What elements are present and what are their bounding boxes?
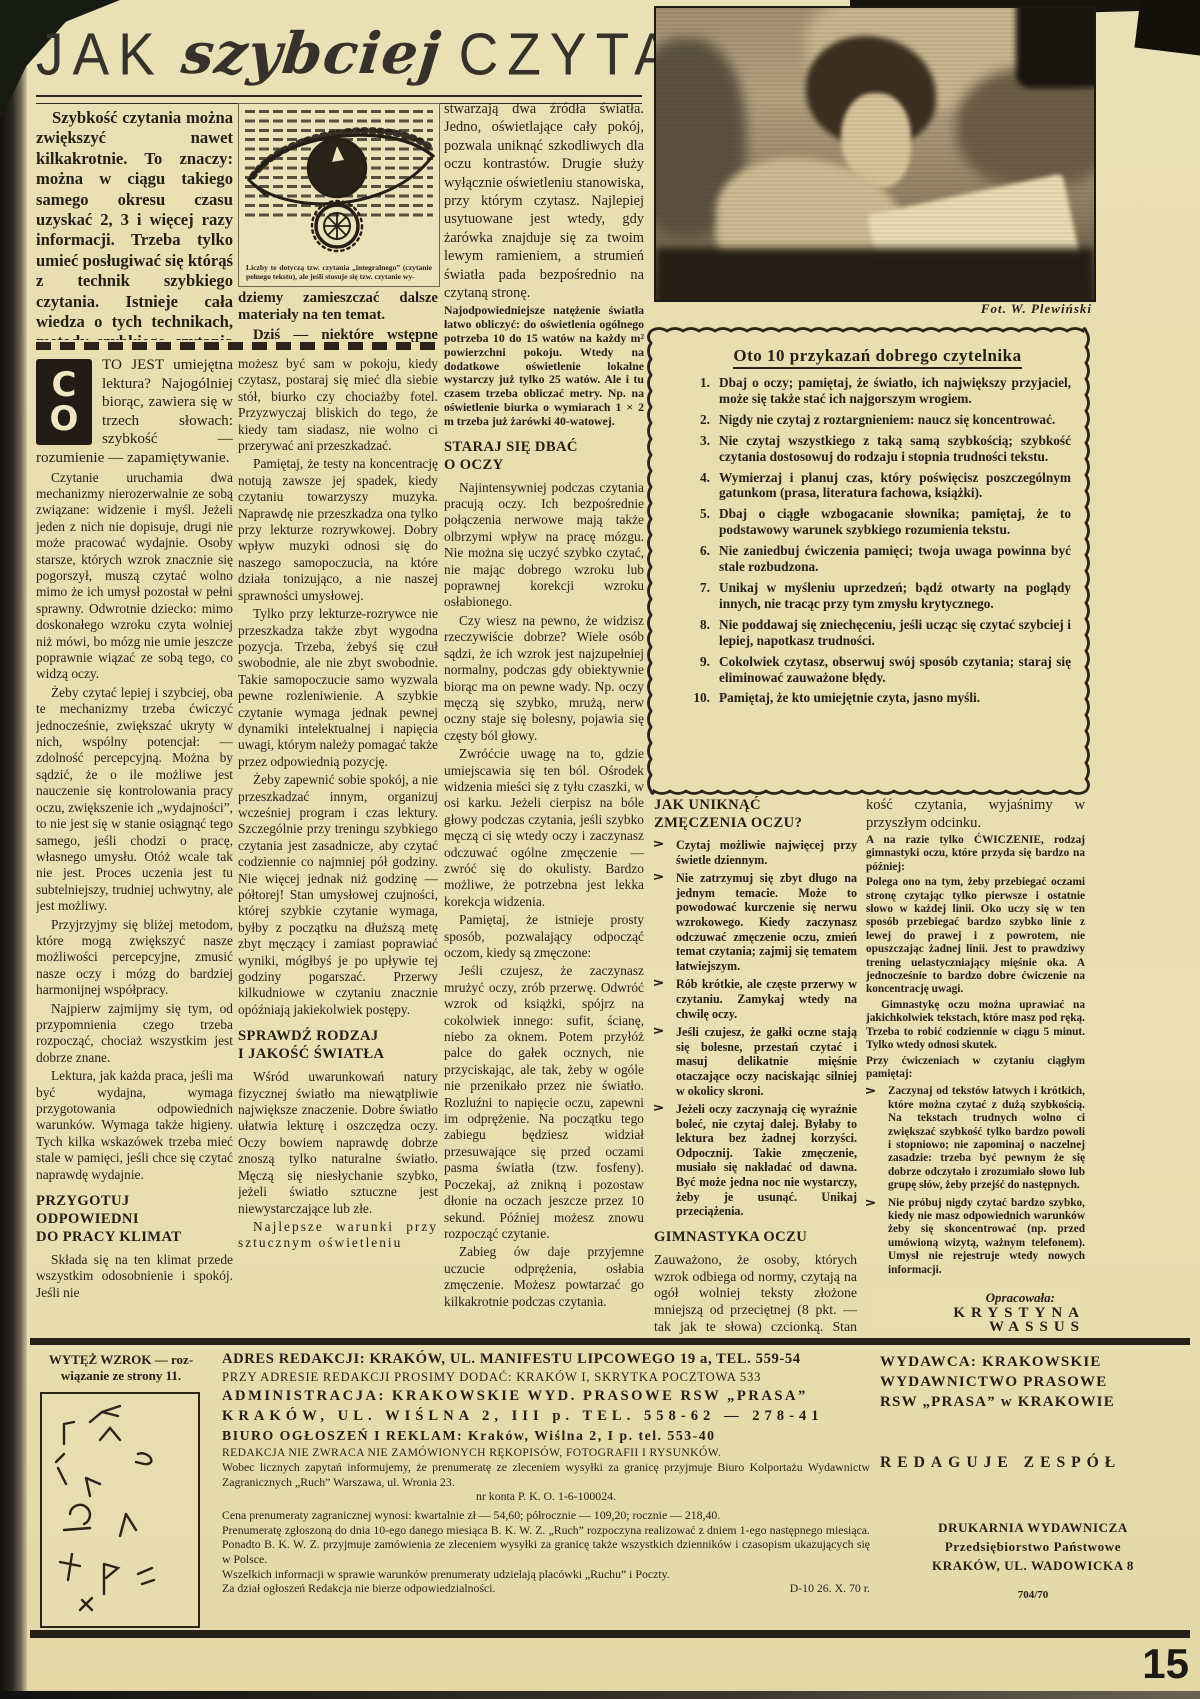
section-heading: JAK UNIKNĄĆ ZMĘCZENIA OCZU?: [654, 796, 857, 832]
list-item: 10.Pamiętaj, że kto umiejętnie czyta, ja…: [684, 690, 1071, 706]
paragraph: A na razie tylko ĆWICZENIE, rodzaj gimna…: [866, 834, 1085, 874]
author-credit: Opracowała: KRYSTYNA WASSUS: [866, 1287, 1085, 1334]
puzzle-box: [40, 1392, 200, 1628]
article-column-2: możesz być sam w pokoju, kiedy czytasz, …: [238, 356, 438, 1336]
item-text: Nigdy nie czytaj z roztargnieniem: naucz…: [719, 412, 1071, 428]
notice-line: Wobec licznych zapytań informujemy, że p…: [222, 1460, 870, 1489]
arrow-bullet-icon: >: [866, 1085, 892, 1192]
photo-woman-reading: [654, 6, 1096, 302]
arrow-bullet-icon: >: [654, 838, 680, 867]
section-heading: PRZYGOTUJ ODPOWIEDNI DO PRACY KLIMAT: [36, 1192, 233, 1246]
printer-info: DRUKARNIA WYDAWNICZA Przedsiębiorstwo Pa…: [880, 1518, 1186, 1575]
bullet-item: >Nie próbuj nigdy czytać bardzo szybko, …: [866, 1197, 1085, 1277]
item-number: 6.: [684, 543, 710, 575]
notice-line: Wszelkich informacji w sprawie warunków …: [222, 1567, 870, 1582]
commandments-box: Oto 10 przykazań dobrego czytelnika 1.Db…: [650, 332, 1087, 790]
paragraph: Najpierw zajmijmy się tym, od przypomnie…: [36, 1001, 233, 1067]
item-text: Pamiętaj, że kto umiejętnie czyta, jasno…: [719, 690, 1071, 706]
item-number: 1.: [684, 375, 710, 407]
paragraph: Zwróćcie uwagę na to, gdzie umiejscawia …: [444, 746, 644, 910]
arrow-bullet-icon: >: [654, 871, 680, 973]
printer-line: Przedsiębiorstwo Państwowe: [880, 1537, 1186, 1556]
list-item: 8.Nie poddawaj się zniechęceniu, jeśli u…: [684, 617, 1071, 649]
bullet-text: Jeśli czujesz, że gałki oczne stają się …: [676, 1025, 857, 1098]
item-number: 7.: [684, 580, 710, 612]
photo-credit: Fot. W. Plewiński: [654, 301, 1092, 317]
item-text: Nie poddawaj się zniechęceniu, jeśli ucz…: [719, 617, 1071, 649]
arrow-bullet-icon: >: [866, 1197, 892, 1277]
puzzle-note-line: WYTĘŻ WZROK — roz-: [34, 1352, 208, 1368]
item-number: 9.: [684, 654, 710, 686]
list-item: 9.Cokolwiek czytasz, obserwuj swój sposó…: [684, 654, 1071, 686]
print-code: 704/70: [880, 1589, 1186, 1601]
bullet-text: Jeżeli oczy zaczynają cię wyraźnie boleć…: [676, 1102, 857, 1219]
paragraph: Składa się na ten klimat przede wszystki…: [36, 1252, 233, 1301]
paragraph: Gimnastykę oczu można uprawiać na jakich…: [866, 999, 1085, 1053]
article-column-3: stwarzają dwa źródła światła. Jedno, ośw…: [444, 100, 644, 1336]
credit-label: Opracowała:: [866, 1291, 1055, 1304]
item-text: Nie zaniedbuj ćwiczenia pamięci; twoja u…: [719, 543, 1071, 575]
article-column-1: C O TO JEST umiejętna lektura? Najogólni…: [36, 356, 233, 1336]
item-text: Dbaj o ciągłe wzbogacanie słownika; pami…: [719, 506, 1071, 538]
notice-line: nr konta P. K. O. 1-6-100024.: [222, 1489, 870, 1504]
address-line: ADMINISTRACJA: KRAKOWSKIE WYD. PRASOWE R…: [222, 1386, 870, 1406]
arrow-bullet-icon: >: [654, 1025, 680, 1098]
list-item: 5.Dbaj o ciągłe wzbogacanie słownika; pa…: [684, 506, 1071, 538]
paragraph: Żeby zapewnić sobie spokój, a nie przesz…: [238, 772, 438, 1018]
horizontal-rule: [30, 1338, 1190, 1345]
bullet-item: >Rób krótkie, ale częste przerwy w czyta…: [654, 977, 857, 1021]
list-item: 2.Nigdy nie czytaj z roztargnieniem: nau…: [684, 412, 1071, 428]
book-binding-edge: [0, 0, 27, 1699]
article-column-5: kość czytania, wyjaśnimy w przyszłym odc…: [866, 796, 1085, 1336]
paragraph: dziemy zamieszczać dalsze materiały na t…: [238, 290, 438, 325]
paragraph: Jeśli czujesz, że zaczynasz mrużyć oczy,…: [444, 963, 644, 1242]
notice-line: Prenumeratę zgłoszoną do dnia 10-ego dan…: [222, 1523, 870, 1567]
notice-line: Cena prenumeraty zagranicznej wynosi: kw…: [222, 1508, 870, 1523]
item-number: 5.: [684, 506, 710, 538]
paragraph: Zauważono, że osoby, których wzrok odbie…: [654, 1252, 857, 1336]
item-text: Nie czytaj wszystkiego z taką samą szybk…: [719, 433, 1071, 465]
bullet-text: Czytaj możliwie najwięcej przy świetle d…: [676, 838, 857, 867]
list-item: 7.Unikaj w myśleniu uprzedzeń; bądź otwa…: [684, 580, 1071, 612]
publisher-info: WYDAWCA: KRAKOWSKIE WYDAWNICTWO PRASOWE …: [880, 1352, 1186, 1601]
item-number: 4.: [684, 470, 710, 502]
printer-line: KRAKÓW, UL. WADOWICKA 8: [880, 1556, 1186, 1575]
eye-illustration: Liczby te dotyczą tzw. czytania „integra…: [238, 103, 440, 287]
printer-line: DRUKARNIA WYDAWNICZA: [880, 1518, 1186, 1537]
scan-edge-bottom: [0, 1691, 1200, 1699]
paragraph: Najintensywniej podczas czytania pracują…: [444, 480, 644, 611]
date-code: D-10 26. X. 70 r.: [790, 1581, 870, 1596]
item-number: 2.: [684, 412, 710, 428]
arrow-bullet-icon: >: [654, 1102, 680, 1219]
bullet-item: >Nie zatrzymuj się zbyt długo na jednym …: [654, 871, 857, 973]
dropcap-letter: O: [50, 402, 79, 436]
bullet-text: Rób krótkie, ale częste przerwy w czytan…: [676, 977, 857, 1021]
dropcap-co: C O: [36, 359, 92, 445]
bullet-item: >Czytaj możliwie najwięcej przy świetle …: [654, 838, 857, 867]
item-text: Wymierzaj i planuj czas, który poświęcis…: [719, 470, 1071, 502]
page-number: 15: [1105, 1640, 1189, 1688]
paragraph: Przy ćwiczeniach w czytaniu ciągłym pami…: [866, 1055, 1085, 1082]
paragraph: Czytanie uruchamia dwa mechanizmy nieroz…: [36, 470, 233, 683]
address-line: ADRES REDAKCJI: KRAKÓW, UL. MANIFESTU LI…: [222, 1350, 870, 1369]
paragraph: Tylko przy lekturze-rozrywce nie przeszk…: [238, 606, 438, 770]
section-heading: SPRAWDŹ RODZAJ I JAKOŚĆ ŚWIATŁA: [238, 1027, 438, 1063]
bullet-item: >Zaczynaj od tekstów łatwych i krótkich,…: [866, 1085, 1085, 1192]
horizontal-rule: [30, 1630, 1190, 1638]
title-word-szybciej: szybciej: [178, 20, 444, 87]
item-number: 10.: [684, 690, 710, 706]
bullet-item: >Jeżeli oczy zaczynają cię wyraźnie bole…: [654, 1102, 857, 1219]
arrow-bullet-icon: >: [654, 977, 680, 1021]
notice-line: Za dział ogłoszeń Redakcja nie bierze od…: [222, 1581, 870, 1596]
address-line: KRAKÓW, UL. WIŚLNA 2, III p. TEL. 558-62…: [222, 1406, 870, 1426]
intro-column: Szybkość czytania można zwiększyć nawet …: [36, 108, 233, 340]
dashed-divider: [36, 342, 438, 350]
list-item: 1.Dbaj o oczy; pamiętaj, że światło, ich…: [684, 375, 1071, 407]
item-text: Dbaj o oczy; pamiętaj, że światło, ich n…: [719, 375, 1071, 407]
newspaper-page: JAK szybciej CZYTAĆ Szybkość czytania mo…: [0, 0, 1200, 1699]
paragraph: Najlepsze warunki przy sztucznym oświetl…: [238, 1219, 438, 1252]
notice-line: REDAKCJA NIE ZWRACA NIE ZAMÓWIONYCH RĘKO…: [222, 1445, 870, 1460]
paragraph: stwarzają dwa źródła światła. Jedno, ośw…: [444, 100, 644, 302]
bullet-text: Nie próbuj nigdy czytać bardzo szybko, k…: [888, 1197, 1085, 1277]
publisher-line: WYDAWNICTWO PRASOWE: [880, 1372, 1186, 1392]
paragraph: Czy wiesz na pewno, że widzisz rzeczywiś…: [444, 613, 644, 744]
publisher-line: RSW „PRASA” w KRAKOWIE: [880, 1392, 1186, 1412]
list-item: 3.Nie czytaj wszystkiego z taką samą szy…: [684, 433, 1071, 465]
title-word-jak: JAK: [36, 19, 164, 88]
item-number: 8.: [684, 617, 710, 649]
item-number: 3.: [684, 433, 710, 465]
address-line: PRZY ADRESIE REDAKCJI PROSIMY DODAĆ: KRA…: [222, 1369, 870, 1386]
masthead-info: ADRES REDAKCJI: KRAKÓW, UL. MANIFESTU LI…: [222, 1350, 870, 1596]
paragraph: Pamiętaj, że testy na koncentrację notuj…: [238, 456, 438, 604]
publisher-line: WYDAWCA: KRAKOWSKIE: [880, 1352, 1186, 1372]
puzzle-doodles: [42, 1394, 194, 1622]
section-heading: STARAJ SIĘ DBAĆ O OCZY: [444, 438, 644, 474]
bullet-item: >Jeśli czujesz, że gałki oczne stają się…: [654, 1025, 857, 1098]
intro-continuation: dziemy zamieszczać dalsze materiały na t…: [238, 290, 438, 342]
credit-name: KRYSTYNA WASSUS: [866, 1307, 1085, 1334]
figure-caption: Liczby te dotyczą tzw. czytania „integra…: [246, 263, 432, 281]
paragraph: Lektura, jak każda praca, jeśli ma być w…: [36, 1068, 233, 1183]
editorial-team-line: REDAGUJE ZESPÓŁ: [880, 1454, 1186, 1472]
list-item: 4.Wymierzaj i planuj czas, który poświęc…: [684, 470, 1071, 502]
bullet-text: Zaczynaj od tekstów łatwych i krótkich, …: [888, 1085, 1085, 1192]
paragraph: Pamiętaj, że istnieje prosty sposób, poz…: [444, 912, 644, 961]
item-text: Cokolwiek czytasz, obserwuj swój sposób …: [719, 654, 1071, 686]
paragraph: Polega ono na tym, żeby przebiegać oczam…: [866, 876, 1085, 997]
page-title: JAK szybciej CZYTAĆ: [36, 20, 648, 90]
dropcap-letter: C: [52, 368, 77, 402]
paragraph: możesz być sam w pokoju, kiedy czytasz, …: [238, 356, 438, 454]
address-line: BIURO OGŁOSZEŃ I REKLAM: Kraków, Wiślna …: [222, 1426, 870, 1445]
eye-drawing: [241, 106, 437, 256]
paragraph: Przyjrzyjmy się bliżej metodom, które mo…: [36, 917, 233, 999]
paragraph: Dziś — niektóre wstępne wskazówki prakty…: [238, 327, 438, 342]
bullet-text: Nie zatrzymuj się zbyt długo na jednym t…: [676, 871, 857, 973]
list-item: 6.Nie zaniedbuj ćwiczenia pamięci; twoja…: [684, 543, 1071, 575]
scan-corner-top-right: [1134, 0, 1200, 56]
paragraph: Żeby czytać lepiej i szybciej, oba te me…: [36, 685, 233, 915]
disclaimer-text: Za dział ogłoszeń Redakcja nie bierze od…: [222, 1581, 496, 1596]
paragraph: Szybkość czytania można zwiększyć nawet …: [36, 108, 233, 340]
paragraph: Zabieg ów daje przyjemne uczucie odpręże…: [444, 1244, 644, 1310]
paragraph: Najodpowiedniejsze natężenie światła łat…: [444, 304, 644, 428]
puzzle-note-line: wiązanie ze strony 11.: [34, 1368, 208, 1384]
box-title: Oto 10 przykazań dobrego czytelnika: [684, 346, 1071, 366]
section-heading: GIMNASTYKA OCZU: [654, 1228, 857, 1246]
paragraph: kość czytania, wyjaśnimy w przyszłym odc…: [866, 796, 1085, 832]
article-column-4: JAK UNIKNĄĆ ZMĘCZENIA OCZU? >Czytaj możl…: [654, 796, 857, 1336]
puzzle-note: WYTĘŻ WZROK — roz- wiązanie ze strony 11…: [34, 1352, 208, 1384]
item-text: Unikaj w myśleniu uprzedzeń; bądź otwart…: [719, 580, 1071, 612]
paragraph: Wśród uwarunkowań natury fizycznej świat…: [238, 1069, 438, 1217]
